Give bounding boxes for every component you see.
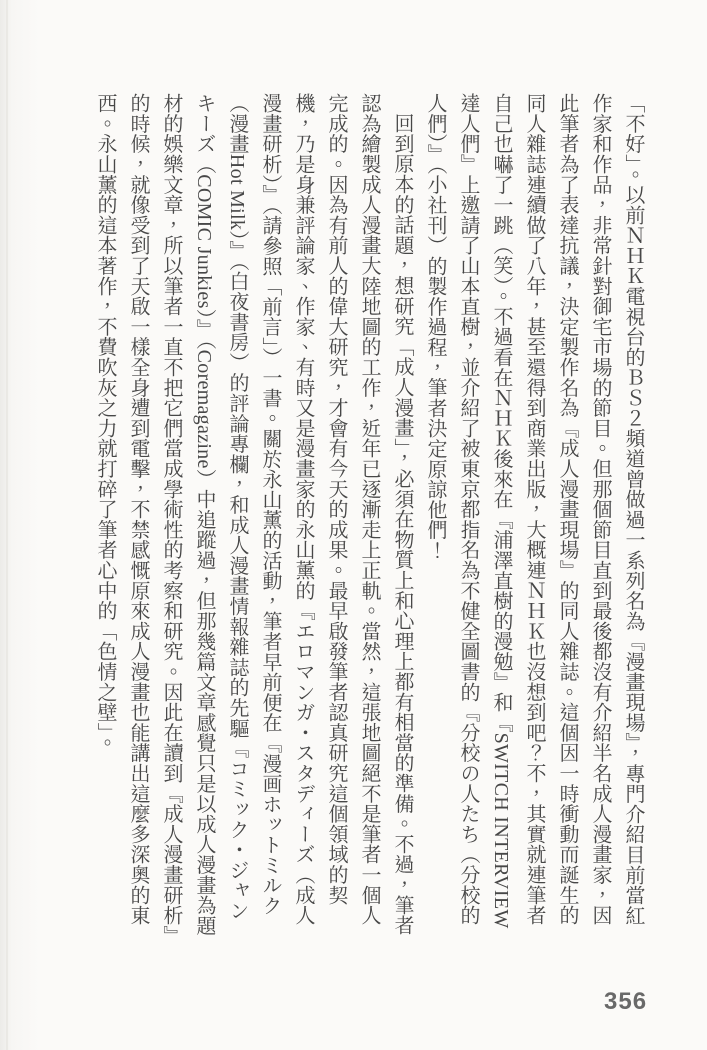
page-number: 356: [604, 988, 647, 1016]
paragraph-continuation: 「不好」。以前ＮＨＫ電視台的ＢＳ２頻道曾做過一系列名為『漫畫現場』，專門介紹目前…: [418, 93, 649, 939]
book-page: 「不好」。以前ＮＨＫ電視台的ＢＳ２頻道曾做過一系列名為『漫畫現場』，專門介紹目前…: [0, 0, 707, 1050]
paragraph-new: 回到原本的話題，想研究「成人漫畫」，必須在物質上和心理上都有相當的準備。不過，筆…: [88, 93, 418, 939]
page-text-block: 「不好」。以前ＮＨＫ電視台的ＢＳ２頻道曾做過一系列名為『漫畫現場』，專門介紹目前…: [83, 93, 649, 939]
